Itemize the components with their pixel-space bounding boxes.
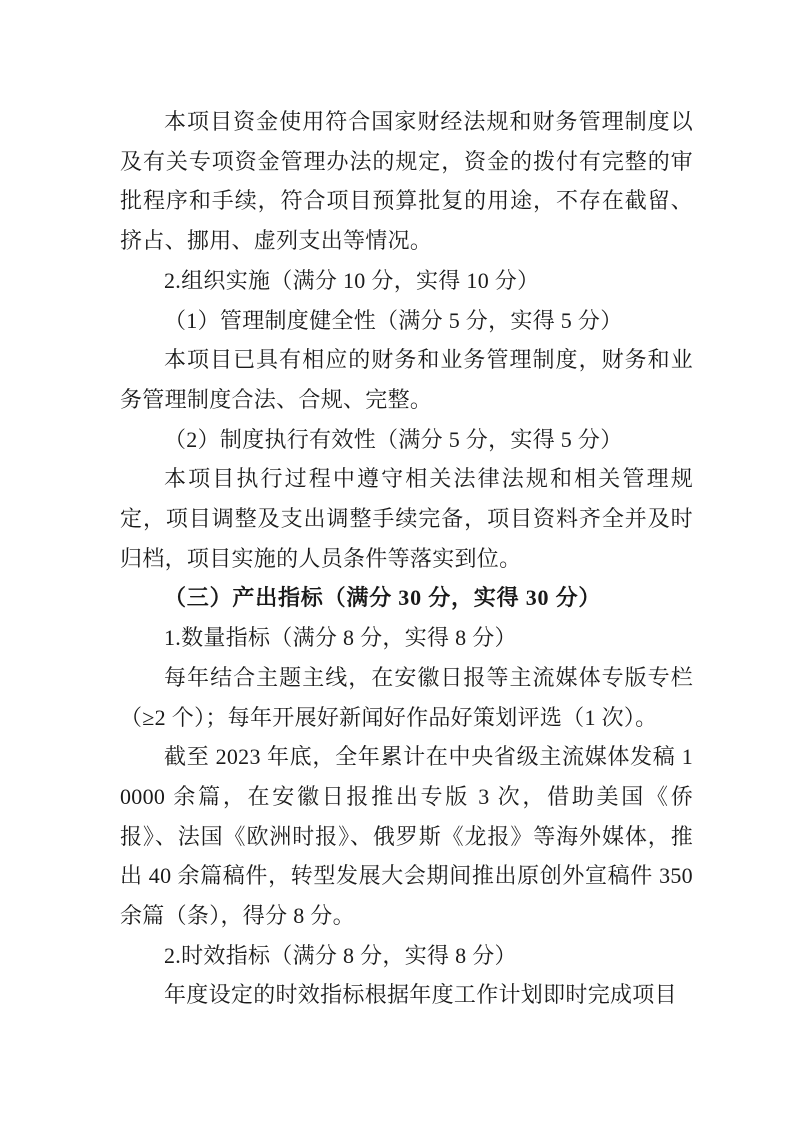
quantity-indicator-heading: 1.数量指标（满分 8 分，实得 8 分） bbox=[120, 618, 693, 658]
mgmt-system-soundness-heading: （1）管理制度健全性（满分 5 分，实得 5 分） bbox=[120, 301, 693, 341]
mgmt-system-paragraph: 本项目已具有相应的财务和业务管理制度，财务和业务管理制度合法、合规、完整。 bbox=[120, 340, 693, 419]
timeliness-detail-paragraph: 年度设定的时效指标根据年度工作计划即时完成项目 bbox=[120, 975, 693, 1015]
timeliness-indicator-heading: 2.时效指标（满分 8 分，实得 8 分） bbox=[120, 936, 693, 976]
output-indicator-section-heading: （三）产出指标（满分 30 分，实得 30 分） bbox=[120, 578, 693, 618]
org-implementation-heading: 2.组织实施（满分 10 分，实得 10 分） bbox=[120, 261, 693, 301]
page-content: 本项目资金使用符合国家财经法规和财务管理制度以及有关专项资金管理办法的规定，资金… bbox=[120, 102, 693, 1015]
annual-plan-paragraph: 每年结合主题主线，在安徽日报等主流媒体专版专栏（≥2 个）；每年开展好新闻好作品… bbox=[120, 658, 693, 737]
achievements-paragraph: 截至 2023 年底，全年累计在中央省级主流媒体发稿 10000 余篇，在安徽日… bbox=[120, 737, 693, 936]
execution-compliance-paragraph: 本项目执行过程中遵守相关法律法规和相关管理规定，项目调整及支出调整手续完备，项目… bbox=[120, 459, 693, 578]
system-execution-heading: （2）制度执行有效性（满分 5 分，实得 5 分） bbox=[120, 420, 693, 460]
document-page: 本项目资金使用符合国家财经法规和财务管理制度以及有关专项资金管理办法的规定，资金… bbox=[0, 0, 793, 1122]
funding-compliance-paragraph: 本项目资金使用符合国家财经法规和财务管理制度以及有关专项资金管理办法的规定，资金… bbox=[120, 102, 693, 261]
